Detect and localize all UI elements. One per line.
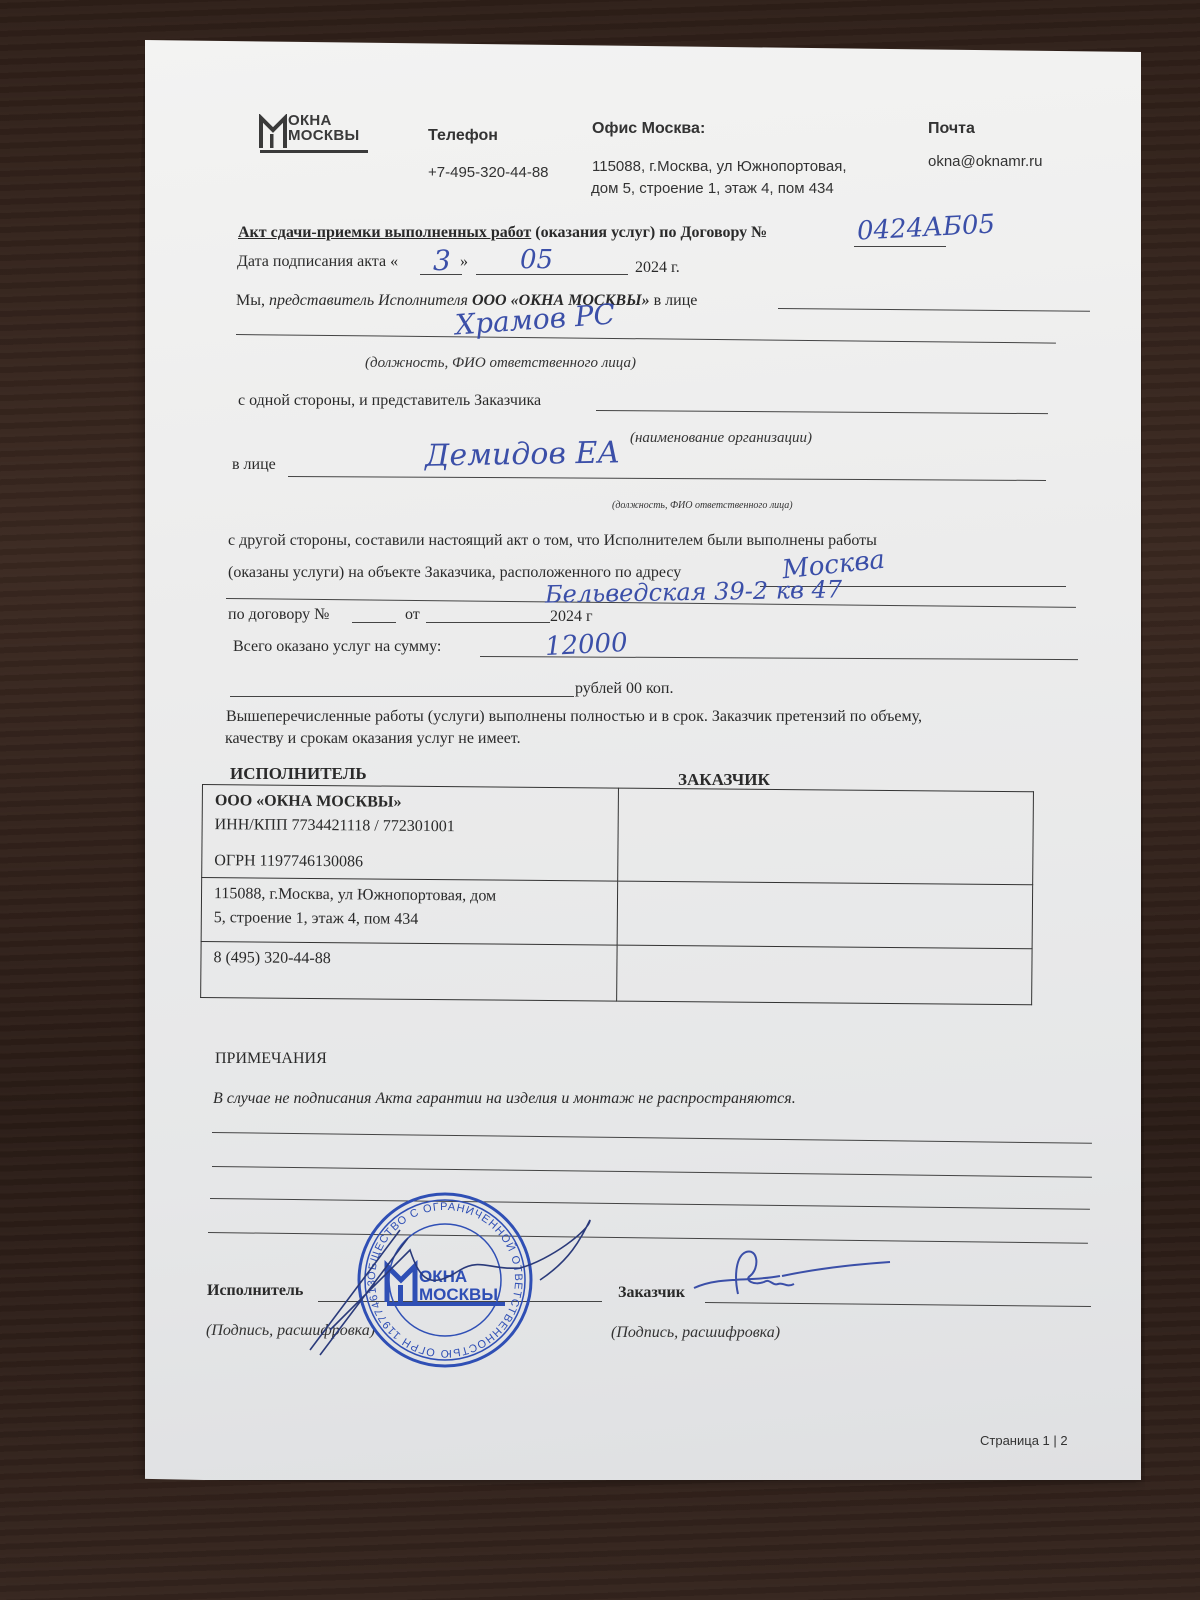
executor-ogrn: ОГРН 1197746130086: [214, 849, 605, 876]
in-person-label: в лице: [232, 456, 276, 474]
sum-label: Всего оказано услуг на сумму:: [233, 638, 441, 656]
date-day-handwritten[interactable]: 3: [433, 244, 451, 277]
logo-underline: [260, 150, 368, 153]
contract-line-label: по договору №: [228, 606, 329, 624]
executor-address-cell: 115088, г.Москва, ул Южнопортовая, дом 5…: [201, 878, 617, 946]
act-title-rest: (оказания услуг) по Договору №: [531, 224, 767, 241]
executor-phone: 8 (495) 320-44-88: [213, 946, 604, 973]
table-row: ООО «ОКНА МОСКВЫ» ИНН/КПП 7734421118 / 7…: [202, 785, 1034, 885]
phone-value: +7-495-320-44-88: [428, 162, 549, 184]
we-suffix: в лице: [650, 292, 698, 309]
executor-signature-scribble: [290, 1210, 620, 1360]
date-label: Дата подписания акта «: [237, 253, 398, 271]
caption-position-fio-small: (должность, ФИО ответственного лица): [612, 500, 793, 511]
date-year: 2024 г.: [635, 259, 680, 277]
office-label: Офис Москва:: [592, 120, 705, 138]
customer-company-cell[interactable]: [617, 788, 1033, 885]
customer-phone-cell[interactable]: [616, 945, 1032, 1005]
address-handwritten-2[interactable]: Бельведская 39-2 кв 47: [545, 575, 843, 608]
notes-heading: ПРИМЕЧАНИЯ: [215, 1050, 327, 1068]
executor-address-line2: 5, строение 1, этаж 4, пом 434: [214, 906, 605, 933]
customer-rep-handwritten[interactable]: Демидов ЕА: [425, 435, 621, 473]
company-logo: ОКНА МОСКВЫ: [258, 112, 370, 154]
logo-line2: МОСКВЫ: [288, 127, 359, 144]
contract-number-line: [854, 246, 946, 247]
okna-moskvy-logo-icon: [258, 114, 288, 150]
page-number: Страница 1 | 2: [980, 1433, 1068, 1448]
executor-address-line1: 115088, г.Москва, ул Южнопортовая, дом: [214, 882, 605, 909]
statement-line2: качеству и срокам оказания услуг не имее…: [225, 730, 521, 748]
act-title: Акт сдачи-приемки выполненных работ (ока…: [238, 224, 767, 242]
executor-phone-cell: 8 (495) 320-44-88: [201, 941, 617, 1001]
caption-org: (наименование организации): [630, 430, 812, 447]
date-quote-close: »: [460, 253, 468, 271]
notes-text: В случае не подписания Акта гарантии на …: [213, 1090, 796, 1108]
we-prefix: Мы,: [236, 292, 269, 309]
customer-sign-caption: (Подпись, расшифровка): [611, 1324, 780, 1342]
office-address-line1: 115088, г.Москва, ул Южнопортовая,: [592, 156, 847, 178]
executor-heading: ИСПОЛНИТЕЛЬ: [230, 764, 367, 784]
table-row: 115088, г.Москва, ул Южнопортовая, дом 5…: [201, 878, 1033, 949]
executor-company-cell: ООО «ОКНА МОСКВЫ» ИНН/КПП 7734421118 / 7…: [202, 785, 618, 882]
customer-address-cell[interactable]: [617, 881, 1033, 949]
email-label: Почта: [928, 120, 975, 138]
contract-line-date-blank: [426, 622, 550, 623]
office-address-line2: дом 5, строение 1, этаж 4, пом 434: [591, 178, 834, 200]
caption-position-fio: (должность, ФИО ответственного лица): [365, 355, 636, 372]
requisites-table: ООО «ОКНА МОСКВЫ» ИНН/КПП 7734421118 / 7…: [200, 784, 1034, 1005]
one-side-text: с одной стороны, и представитель Заказчи…: [238, 392, 541, 410]
phone-label: Телефон: [428, 127, 498, 145]
act-title-underlined: Акт сдачи-приемки выполненных работ: [238, 224, 531, 241]
we-italic: представитель Исполнителя: [269, 292, 472, 309]
contract-line-number-blank: [352, 622, 396, 623]
executor-company-name: ООО «ОКНА МОСКВЫ»: [215, 789, 606, 816]
executor-inn-kpp: ИНН/КПП 7734421118 / 772301001: [215, 813, 606, 840]
executor-sign-label: Исполнитель: [207, 1282, 303, 1300]
customer-signature-scribble: [690, 1246, 900, 1306]
other-side-text: с другой стороны, составили настоящий ак…: [228, 532, 877, 550]
table-row: 8 (495) 320-44-88: [201, 941, 1032, 1004]
contract-line-year: 2024 г: [550, 608, 593, 626]
statement-line1: Вышеперечисленные работы (услуги) выполн…: [226, 708, 922, 726]
customer-sign-label: Заказчик: [618, 1284, 685, 1302]
sum-handwritten[interactable]: 12000: [544, 628, 628, 662]
contract-line-from: от: [405, 606, 420, 624]
rub-line: [230, 696, 574, 697]
customer-heading: ЗАКАЗЧИК: [678, 770, 770, 790]
rub-label: рублей 00 коп.: [575, 680, 674, 698]
date-month-handwritten[interactable]: 05: [520, 245, 553, 275]
email-value: okna@oknamr.ru: [928, 151, 1042, 173]
